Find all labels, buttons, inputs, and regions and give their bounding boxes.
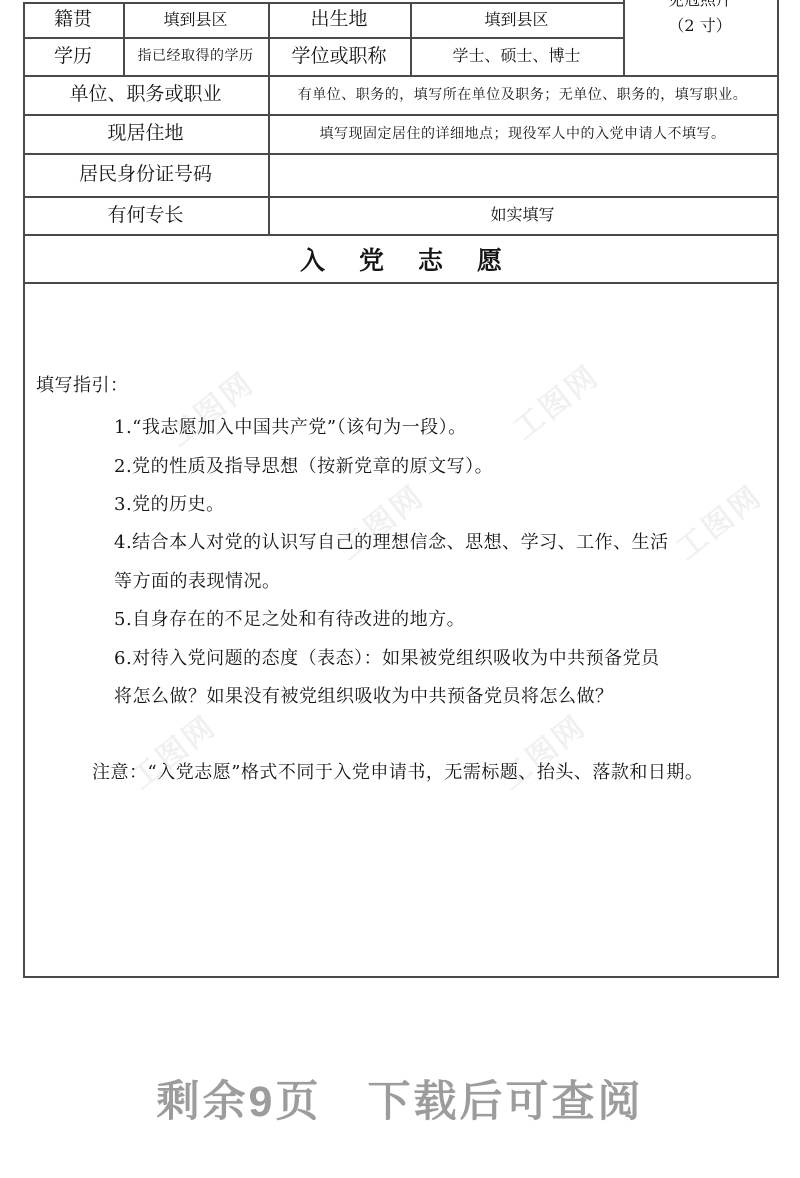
guide-item-3: 3.党的历史。 xyxy=(114,493,225,517)
field-label-employer-position: 单位、职务或职业 xyxy=(25,77,266,113)
watermark-logo: 工图网 xyxy=(665,472,770,568)
field-value-id-number xyxy=(270,155,775,195)
photo-cell-size: （2 寸） xyxy=(625,13,775,39)
pages-remaining-text: 剩余9页 xyxy=(157,1068,322,1129)
guide-item-2: 2.党的性质及指导思想（按新党章的原文写）。 xyxy=(114,455,493,479)
field-label-id-number: 居民身份证号码 xyxy=(25,155,266,195)
field-value-degree-title: 学士、硕士、博士 xyxy=(412,39,621,74)
photo-cell-caption: 免冠照片 xyxy=(625,0,775,10)
field-label-special-skills: 有何专长 xyxy=(25,198,266,233)
field-value-employer-position: 有单位、职务的，填写所在单位及职务；无单位、职务的，填写职业。 xyxy=(270,77,775,113)
field-value-current-residence: 填写现固定居住的详细地点；现役军人中的入党申请人不填写。 xyxy=(270,116,775,152)
download-hint-text: 下载后可查阅 xyxy=(367,1068,643,1129)
field-label-degree-title: 学位或职称 xyxy=(270,39,408,74)
field-value-special-skills: 如实填写 xyxy=(270,198,775,233)
watermark-logo: 工图网 xyxy=(502,352,607,448)
field-value-education: 指已经取得的学历 xyxy=(125,39,266,74)
guide-item-5: 5.自身存在的不足之处和有待改进的地方。 xyxy=(114,608,465,632)
guide-item-6: 6.对待入党问题的态度（表态）：如果被党组织吸收为中共预备党员 xyxy=(114,647,660,671)
field-value-birthplace: 填到县区 xyxy=(412,4,621,36)
grid-line xyxy=(23,282,779,284)
preview-footer: 剩余9页 下载后可查阅 xyxy=(0,1068,800,1129)
guide-heading: 填写指引： xyxy=(36,374,129,398)
field-label-native-place: 籍贯 xyxy=(25,4,121,36)
guide-item-4: 4.结合本人对党的认识写自己的理想信念、思想、学习、工作、生活 xyxy=(114,531,669,555)
watermark-logo: 工图网 xyxy=(157,359,262,455)
guide-item-1: 1.“我志愿加入中国共产党”（该句为一段）。 xyxy=(114,416,467,440)
field-value-native-place: 填到县区 xyxy=(125,4,266,36)
party-application-form-page: 工图网 工图网 工图网 工图网 工图网 工图网 籍贯 填到县区 出生地 填到县区… xyxy=(0,0,800,1178)
grid-line xyxy=(777,0,779,978)
field-label-birthplace: 出生地 xyxy=(270,4,408,36)
field-label-education: 学历 xyxy=(25,39,121,74)
section-title-party-volunteer: 入党志愿 xyxy=(23,236,779,281)
guide-item-6-cont: 将怎么做？如果没有被党组织吸收为中共预备党员将怎么做？ xyxy=(114,685,614,709)
guide-item-4-cont: 等方面的表现情况。 xyxy=(114,570,281,594)
field-label-current-residence: 现居住地 xyxy=(25,116,266,152)
grid-line xyxy=(23,976,779,978)
guide-note: 注意：“入党志愿”格式不同于入党申请书，无需标题、抬头、落款和日期。 xyxy=(92,761,703,785)
